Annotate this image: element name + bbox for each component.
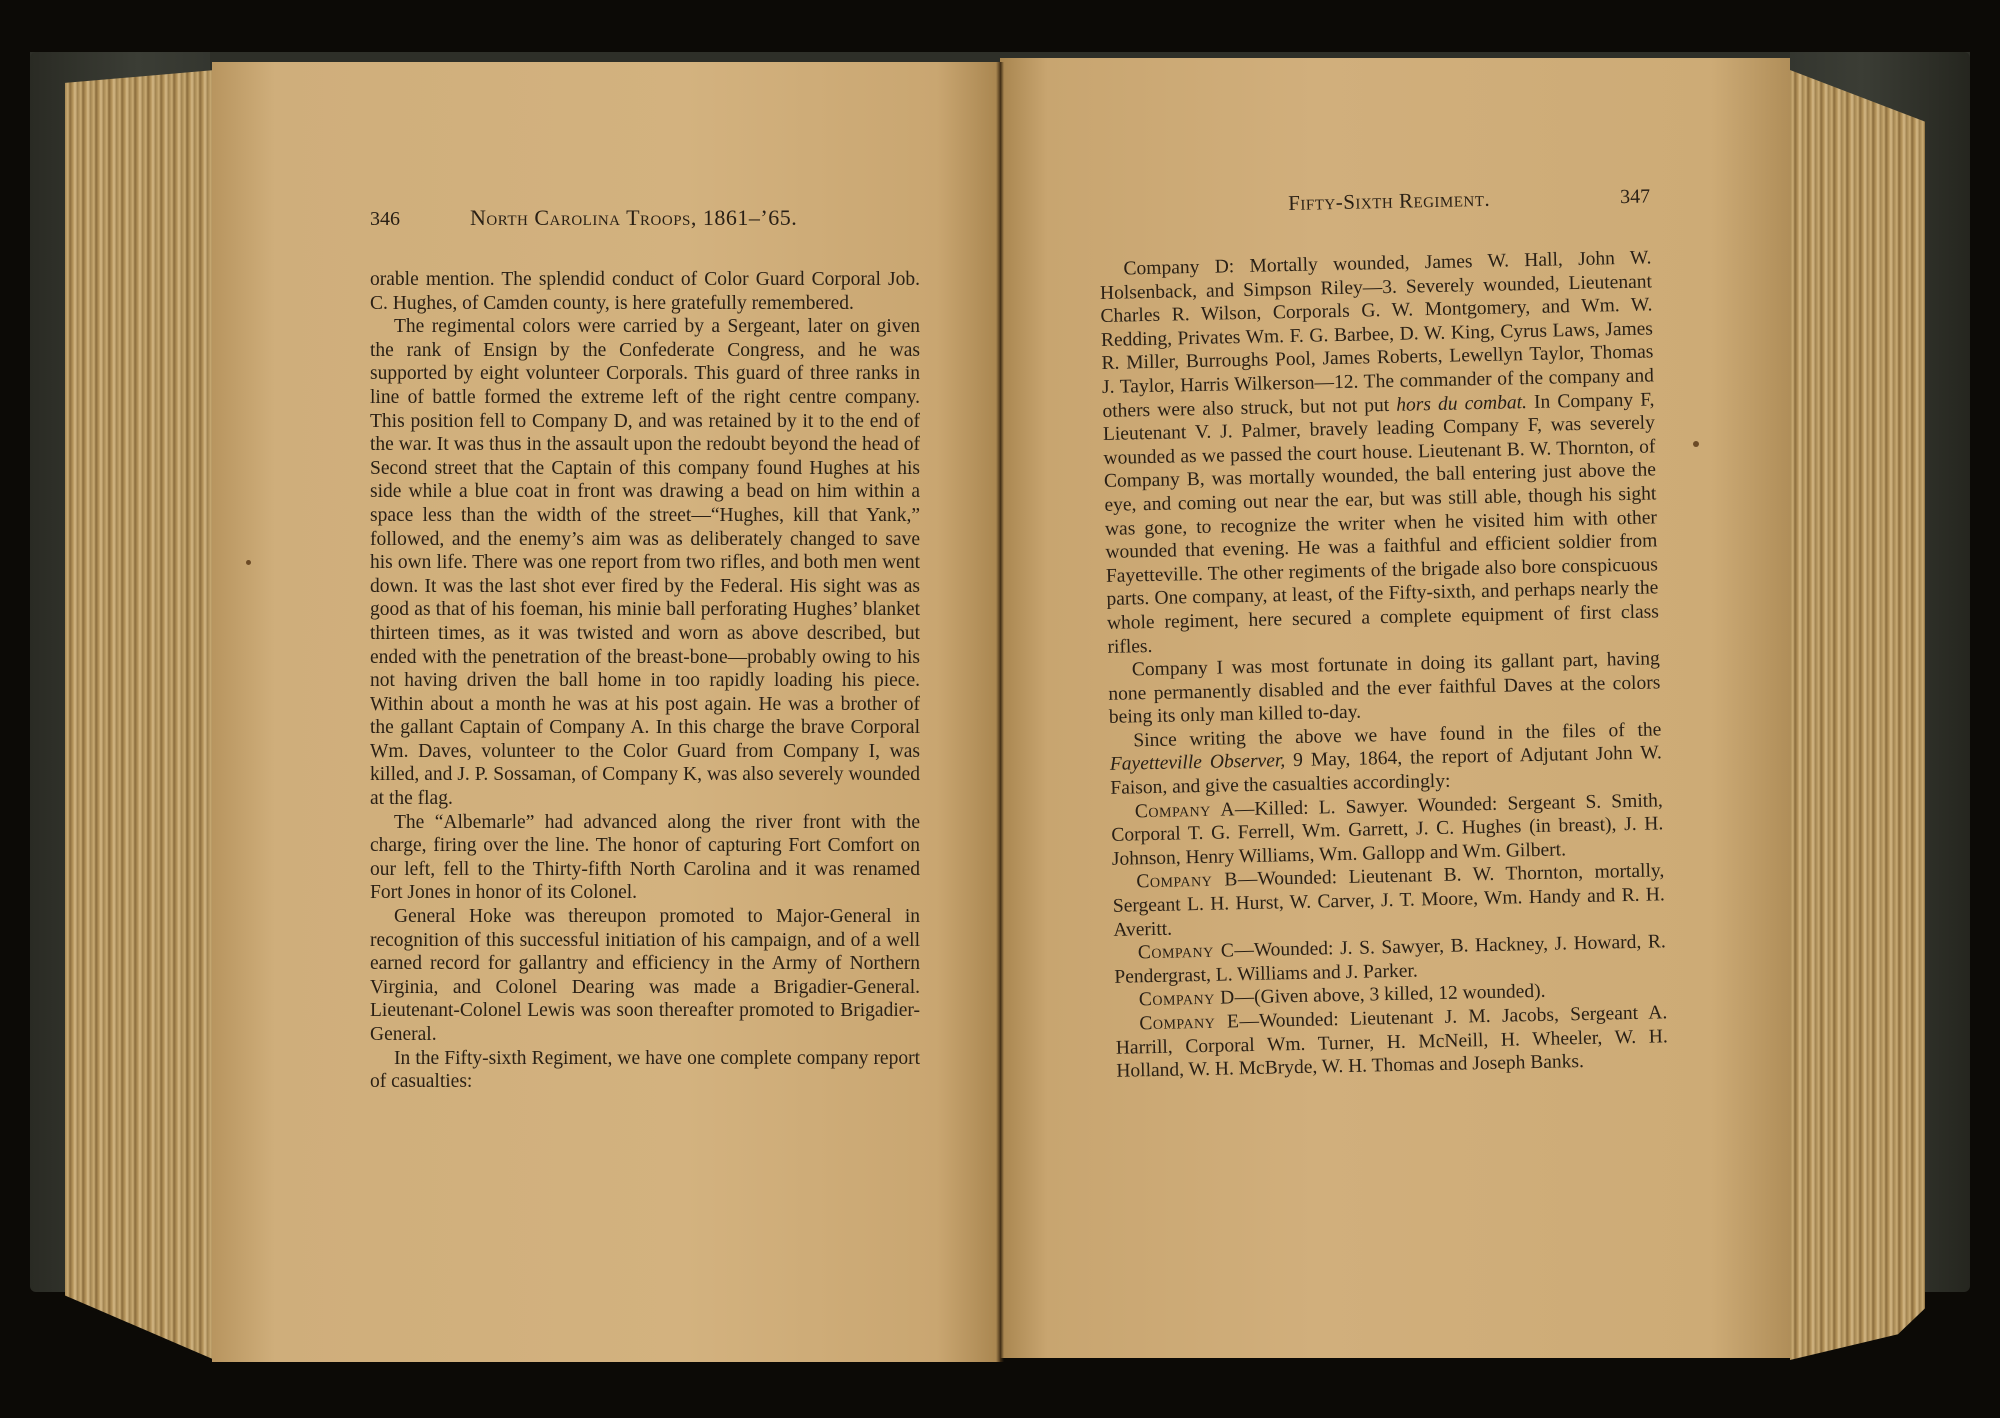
- paragraph: The “Albemarle” had advanced along the r…: [370, 811, 920, 905]
- company-entry-e: Company E—Wounded: Lieutenant J. M. Jaco…: [1115, 1001, 1668, 1083]
- left-page-text: 346 North Carolina Troops, 1861–’65. ora…: [370, 206, 920, 1094]
- paragraph: General Hoke was thereupon promoted to M…: [370, 905, 920, 1047]
- book-gutter: [996, 62, 1004, 1362]
- page-edges-right: [1790, 70, 1925, 1360]
- company-label: Company B: [1136, 870, 1238, 893]
- company-label: Company D: [1139, 988, 1235, 1011]
- company-label: Company A: [1135, 799, 1235, 822]
- paragraph: The regimental colors were carried by a …: [370, 315, 920, 810]
- page-edges-left: [65, 70, 215, 1360]
- paragraph: orable mention. The splendid conduct of …: [370, 268, 920, 315]
- company-label: Company E: [1139, 1011, 1240, 1034]
- paragraph: Company D: Mortally wounded, James W. Ha…: [1099, 246, 1659, 659]
- page-number: 347: [1620, 185, 1650, 209]
- company-entry-b: Company B—Wounded: Lieutenant B. W. Thor…: [1112, 860, 1665, 942]
- newspaper-title: Fayetteville Observer,: [1110, 751, 1286, 776]
- running-head-title: Fifty-Sixth Regiment.: [1288, 188, 1490, 216]
- left-running-head: 346 North Carolina Troops, 1861–’65.: [370, 206, 920, 246]
- company-label: Company C: [1138, 941, 1235, 964]
- paragraph: In the Fifty-sixth Regiment, we have one…: [370, 1047, 920, 1094]
- italic-phrase: hors du combat.: [1396, 392, 1527, 416]
- paragraph: Since writing the above we have found in…: [1109, 718, 1662, 800]
- running-head-title: North Carolina Troops, 1861–’65.: [470, 206, 797, 230]
- paper-speck: [246, 560, 251, 565]
- page-number: 346: [370, 208, 400, 232]
- paragraph: Company I was most fortunate in doing it…: [1108, 647, 1661, 729]
- company-entry-a: Company A—Killed: L. Sawyer. Wounded: Se…: [1111, 789, 1664, 871]
- text-run: In Company F, Lieutenant V. J. Palmer, b…: [1103, 389, 1659, 657]
- right-page-text: Fifty-Sixth Regiment. 347 Company D: Mor…: [1098, 184, 1668, 1083]
- paper-speck: [1693, 441, 1699, 447]
